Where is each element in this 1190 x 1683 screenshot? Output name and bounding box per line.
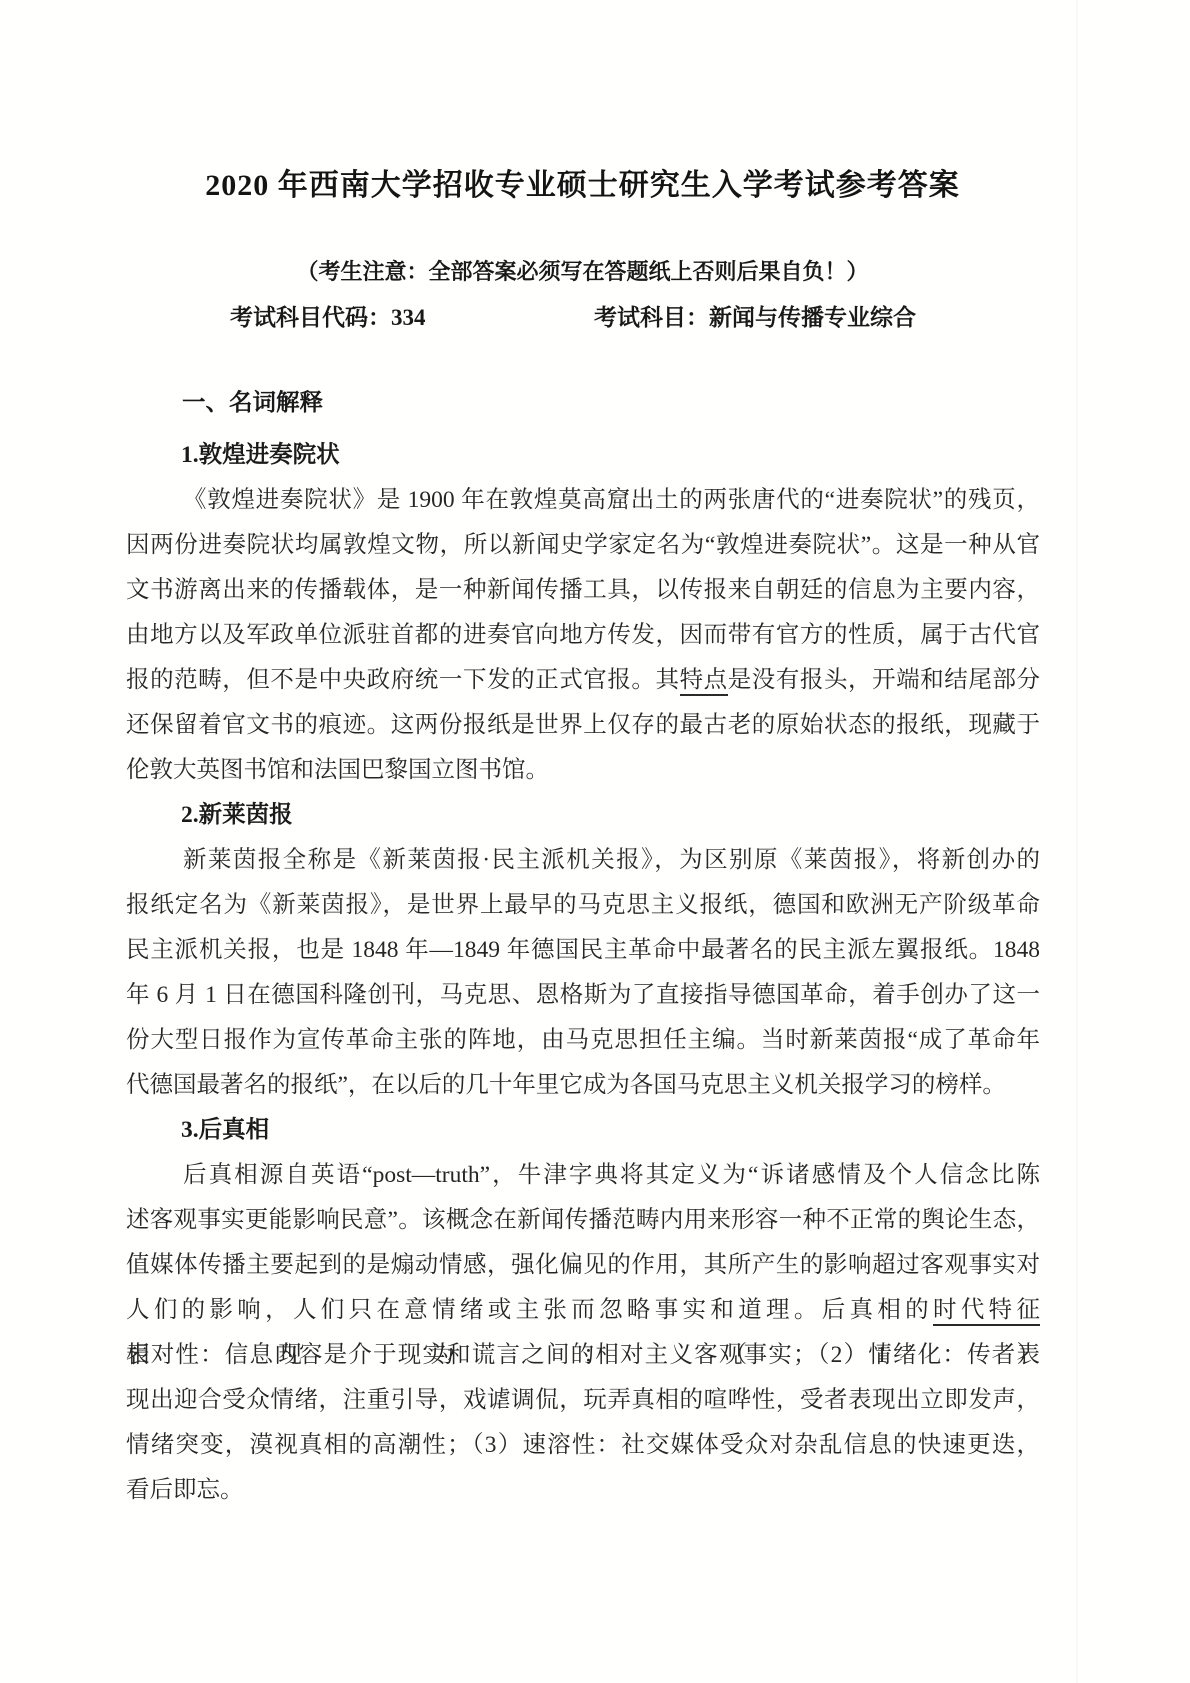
text-line: 还保留着官文书的痕迹。这两份报纸是世界上仅存的最古老的原始状态的报纸，现藏于 xyxy=(126,703,1040,748)
page-title: 2020 年西南大学招收专业硕士研究生入学考试参考答案 xyxy=(125,166,1040,206)
text-segment: 情绪突变，漠视真相的高潮性；（3）速溶性：社交媒体受众对杂乱信息的快速更迭， xyxy=(126,1432,1040,1458)
text-segment: 述客观事实更能影响民意”。该概念在新闻传播范畴内用来形容一种不正常的舆论生态， xyxy=(126,1207,1040,1233)
document-body: 一、名词解释 1.敦煌进奏院状《敦煌进奏院状》是 1900 年在敦煌莫高窟出土的… xyxy=(126,383,1040,1513)
subject-name-label: 考试科目：新闻与传播专业综合 xyxy=(594,300,916,336)
exam-meta-row: 考试科目代码：334 考试科目：新闻与传播专业综合 xyxy=(125,300,1125,336)
text-line: 民主派机关报，也是 1848 年—1849 年德国民主革命中最著名的民主派左翼报… xyxy=(126,928,1040,973)
text-line: 代德国最著名的报纸”，在以后的几十年里它成为各国马克思主义机关报学习的榜样。 xyxy=(126,1063,1040,1108)
text-line: 份大型日报作为宣传革命主张的阵地，由马克思担任主编。当时新莱茵报“成了革命年 xyxy=(126,1018,1040,1063)
underlined-term: 时代特征 xyxy=(933,1297,1040,1326)
text-line: 文书游离出来的传播载体，是一种新闻传播工具，以传报来自朝廷的信息为主要内容， xyxy=(126,568,1040,613)
text-line: 现出迎合受众情绪，注重引导，戏谑调侃，玩弄真相的喧哗性，受者表现出立即发声， xyxy=(126,1378,1040,1423)
text-segment: 新莱茵报全称是《新莱茵报·民主派机关报》，为区别原《莱茵报》，将新创办的 xyxy=(183,847,1040,873)
text-line: 年 6 月 1 日在德国科隆创刊，马克思、恩格斯为了直接指导德国革命，着手创办了… xyxy=(126,973,1040,1018)
section-heading-noun-explanation: 一、名词解释 xyxy=(126,383,1040,433)
candidate-notice: （考生注意：全部答案必须写在答题纸上否则后果自负！） xyxy=(125,254,1040,290)
terms: 1.敦煌进奏院状《敦煌进奏院状》是 1900 年在敦煌莫高窟出土的两张唐代的“进… xyxy=(126,433,1040,1513)
term-heading: 3.后真相 xyxy=(126,1108,1040,1153)
text-segment: 文书游离出来的传播载体，是一种新闻传播工具，以传报来自朝廷的信息为主要内容， xyxy=(126,577,1040,603)
text-segment: 值媒体传播主要起到的是煽动情感，强化偏见的作用，其所产生的影响超过客观事实对 xyxy=(126,1252,1040,1278)
text-segment: 相对性：信息内容是介于现实和谎言之间的相对主义客观事实；（2）情绪化：传者表 xyxy=(126,1342,1040,1368)
text-line: 由地方以及军政单位派驻首都的进奏官向地方传发，因而带有官方的性质，属于古代官 xyxy=(126,613,1040,658)
term-heading: 2.新莱茵报 xyxy=(126,793,1040,838)
text-segment: 后真相源自英语“post—truth”，牛津字典将其定义为“诉诸感情及个人信念比… xyxy=(183,1162,1040,1188)
text-line: 新莱茵报全称是《新莱茵报·民主派机关报》，为区别原《莱茵报》，将新创办的 xyxy=(126,838,1040,883)
text-line: 述客观事实更能影响民意”。该概念在新闻传播范畴内用来形容一种不正常的舆论生态， xyxy=(126,1198,1040,1243)
text-segment: 报纸定名为《新莱茵报》，是世界上最早的马克思主义报纸，德国和欧洲无产阶级革命 xyxy=(126,892,1040,918)
text-segment: 份大型日报作为宣传革命主张的阵地，由马克思担任主编。当时新莱茵报“成了革命年 xyxy=(126,1027,1040,1053)
text-segment: 由地方以及军政单位派驻首都的进奏官向地方传发，因而带有官方的性质，属于古代官 xyxy=(126,622,1040,648)
text-line: 情绪突变，漠视真相的高潮性；（3）速溶性：社交媒体受众对杂乱信息的快速更迭， xyxy=(126,1423,1040,1468)
text-segment: 伦敦大英图书馆和法国巴黎国立图书馆。 xyxy=(126,757,549,783)
text-line: 看后即忘。 xyxy=(126,1468,1040,1513)
text-segment: 看后即忘。 xyxy=(126,1477,244,1503)
underlined-term: 特点 xyxy=(680,667,728,696)
text-segment: 人们的影响，人们只在意情绪或主张而忽略事实和道理。后真相的 xyxy=(126,1297,933,1323)
term-heading: 1.敦煌进奏院状 xyxy=(126,433,1040,478)
text-segment: 年 6 月 1 日在德国科隆创刊，马克思、恩格斯为了直接指导德国革命，着手创办了… xyxy=(126,982,1040,1008)
text-segment: 现出迎合受众情绪，注重引导，戏谑调侃，玩弄真相的喧哗性，受者表现出立即发声， xyxy=(126,1387,1040,1413)
text-line: 报的范畴，但不是中央政府统一下发的正式官报。其特点是没有报头，开端和结尾部分 xyxy=(126,658,1040,703)
scanned-exam-answer-page: 2020 年西南大学招收专业硕士研究生入学考试参考答案 （考生注意：全部答案必须… xyxy=(0,0,1190,1683)
text-line: 值媒体传播主要起到的是煽动情感，强化偏见的作用，其所产生的影响超过客观事实对 xyxy=(126,1243,1040,1288)
text-segment: 还保留着官文书的痕迹。这两份报纸是世界上仅存的最古老的原始状态的报纸，现藏于 xyxy=(126,712,1040,738)
text-segment: 是没有报头，开端和结尾部分 xyxy=(728,667,1040,693)
text-segment: 《敦煌进奏院状》是 1900 年在敦煌莫高窟出土的两张唐代的“进奏院状”的残页， xyxy=(183,487,1040,513)
text-segment: 因两份进奏院状均属敦煌文物，所以新闻史学家定名为“敦煌进奏院状”。这是一种从官 xyxy=(126,532,1040,558)
text-line: 《敦煌进奏院状》是 1900 年在敦煌莫高窟出土的两张唐代的“进奏院状”的残页， xyxy=(126,478,1040,523)
text-segment: 报的范畴，但不是中央政府统一下发的正式官报。其 xyxy=(126,667,680,693)
text-line: 因两份进奏院状均属敦煌文物，所以新闻史学家定名为“敦煌进奏院状”。这是一种从官 xyxy=(126,523,1040,568)
scan-artifact-line xyxy=(1076,0,1078,1683)
subject-code-label: 考试科目代码：334 xyxy=(230,300,426,336)
text-segment: 代德国最著名的报纸”，在以后的几十年里它成为各国马克思主义机关报学习的榜样。 xyxy=(126,1072,1006,1098)
text-line: 伦敦大英图书馆和法国巴黎国立图书馆。 xyxy=(126,748,1040,793)
text-segment: 民主派机关报，也是 1848 年—1849 年德国民主革命中最著名的民主派左翼报… xyxy=(126,937,1040,963)
text-line: 相对性：信息内容是介于现实和谎言之间的相对主义客观事实；（2）情绪化：传者表 xyxy=(126,1333,1040,1378)
text-line: 后真相源自英语“post—truth”，牛津字典将其定义为“诉诸感情及个人信念比… xyxy=(126,1153,1040,1198)
text-line: 人们的影响，人们只在意情绪或主张而忽略事实和道理。后真相的时代特征表现为：（1） xyxy=(126,1288,1040,1333)
text-line: 报纸定名为《新莱茵报》，是世界上最早的马克思主义报纸，德国和欧洲无产阶级革命 xyxy=(126,883,1040,928)
